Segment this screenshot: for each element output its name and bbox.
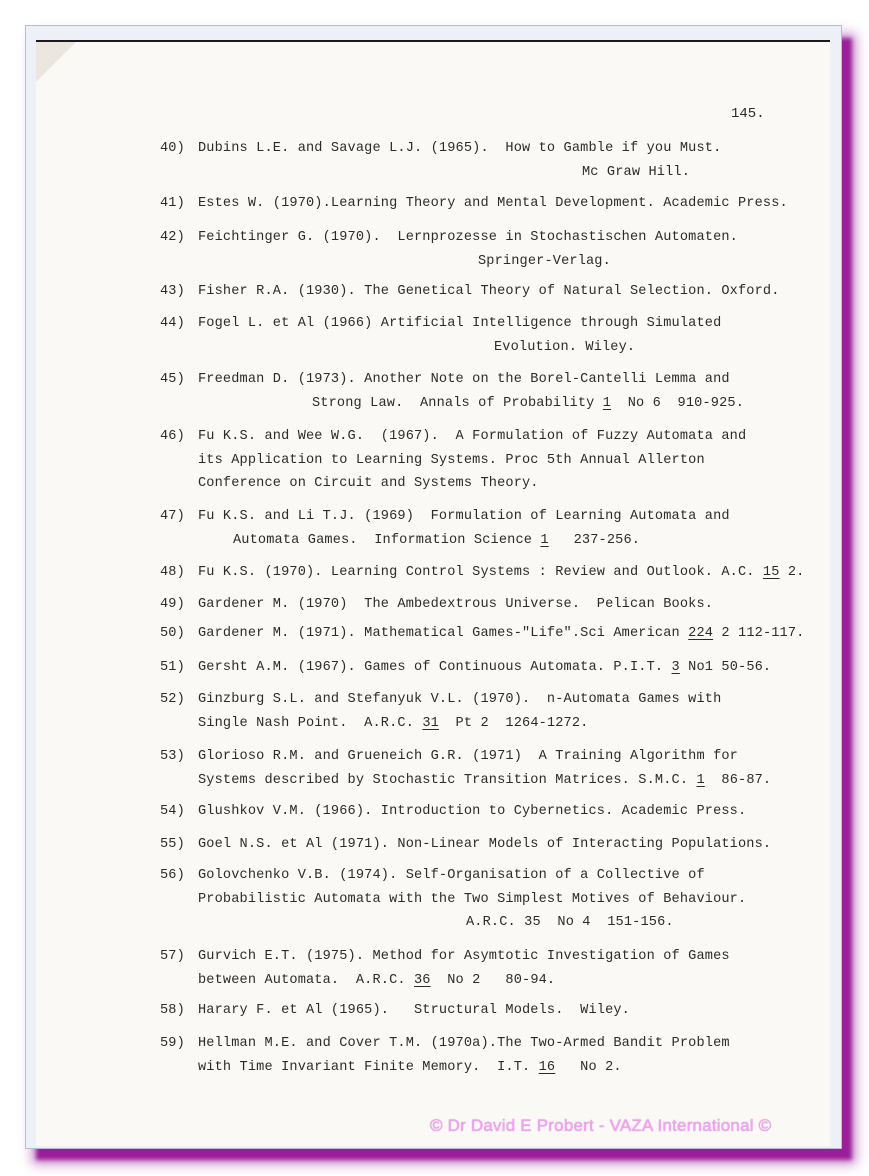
reference-continuation-line: with Time Invariant Finite Memory. I.T. … [160, 1056, 730, 1080]
reference-entry: 49)Gardener M. (1970) The Ambedextrous U… [160, 593, 713, 617]
reference-text: Harary F. et Al (1965). Structural Model… [198, 1003, 630, 1018]
reference-text: Automata Games. Information Science [233, 533, 540, 548]
reference-continuation-line: A.R.C. 35 No 4 151-156. [160, 911, 746, 935]
page-number: 145. [731, 106, 765, 122]
reference-text: Golovchenko V.B. (1974). Self-Organisati… [198, 868, 705, 883]
reference-text: Probabilistic Automata with the Two Simp… [198, 892, 746, 907]
reference-continuation-line: Evolution. Wiley. [160, 336, 721, 360]
reference-text: Strong Law. Annals of Probability [312, 396, 603, 411]
reference-text: 2. [780, 565, 805, 580]
reference-continuation-line: Probabilistic Automata with the Two Simp… [160, 888, 746, 912]
reference-first-line: 50)Gardener M. (1971). Mathematical Game… [160, 622, 804, 646]
reference-entry: 59)Hellman M.E. and Cover T.M. (1970a).T… [160, 1032, 730, 1079]
reference-first-line: 48)Fu K.S. (1970). Learning Control Syst… [160, 561, 804, 585]
reference-number: 50) [160, 622, 198, 646]
reference-text: Gersht A.M. (1967). Games of Continuous … [198, 660, 672, 675]
reference-number: 42) [160, 226, 198, 250]
volume-number: 1 [540, 533, 548, 548]
reference-first-line: 44)Fogel L. et Al (1966) Artificial Inte… [160, 312, 721, 336]
volume-number: 3 [672, 660, 680, 675]
reference-entry: 52)Ginzburg S.L. and Stefanyuk V.L. (197… [160, 688, 721, 735]
folded-corner [36, 42, 76, 82]
reference-continuation-line: Automata Games. Information Science 1 23… [160, 529, 730, 553]
reference-first-line: 46)Fu K.S. and Wee W.G. (1967). A Formul… [160, 425, 746, 449]
reference-text: Fu K.S. and Li T.J. (1969) Formulation o… [198, 509, 730, 524]
reference-entry: 58)Harary F. et Al (1965). Structural Mo… [160, 999, 630, 1023]
reference-text: Systems described by Stochastic Transiti… [198, 773, 696, 788]
reference-text: 237-256. [549, 533, 640, 548]
reference-text: Mc Graw Hill. [582, 165, 690, 180]
reference-text: No1 50-56. [680, 660, 771, 675]
volume-number: 1 [696, 773, 704, 788]
volume-number: 15 [763, 565, 780, 580]
reference-number: 49) [160, 593, 198, 617]
reference-text: Fu K.S. (1970). Learning Control Systems… [198, 565, 763, 580]
reference-number: 57) [160, 945, 198, 969]
reference-text: No 2. [555, 1060, 621, 1075]
reference-entry: 56)Golovchenko V.B. (1974). Self-Organis… [160, 864, 746, 935]
reference-number: 41) [160, 192, 198, 216]
reference-first-line: 40)Dubins L.E. and Savage L.J. (1965). H… [160, 137, 721, 161]
reference-continuation-line: Springer-Verlag. [160, 250, 738, 274]
reference-text: Glushkov V.M. (1966). Introduction to Cy… [198, 804, 746, 819]
reference-number: 55) [160, 833, 198, 857]
reference-number: 52) [160, 688, 198, 712]
reference-first-line: 42)Feichtinger G. (1970). Lernprozesse i… [160, 226, 738, 250]
reference-first-line: 51)Gersht A.M. (1967). Games of Continuo… [160, 656, 771, 680]
reference-continuation-line: between Automata. A.R.C. 36 No 2 80-94. [160, 969, 730, 993]
reference-number: 59) [160, 1032, 198, 1056]
reference-number: 58) [160, 999, 198, 1023]
reference-entry: 43)Fisher R.A. (1930). The Genetical The… [160, 280, 780, 304]
reference-entry: 47)Fu K.S. and Li T.J. (1969) Formulatio… [160, 505, 730, 552]
reference-entry: 57)Gurvich E.T. (1975). Method for Asymt… [160, 945, 730, 992]
reference-number: 54) [160, 800, 198, 824]
reference-text: A.R.C. 35 No 4 151-156. [466, 915, 674, 930]
reference-text: 2 112-117. [713, 626, 804, 641]
reference-entry: 44)Fogel L. et Al (1966) Artificial Inte… [160, 312, 721, 359]
reference-number: 47) [160, 505, 198, 529]
volume-number: 224 [688, 626, 713, 641]
reference-text: Gardener M. (1971). Mathematical Games-"… [198, 626, 688, 641]
volume-number: 16 [539, 1060, 556, 1075]
reference-entry: 55)Goel N.S. et Al (1971). Non-Linear Mo… [160, 833, 771, 857]
reference-first-line: 58)Harary F. et Al (1965). Structural Mo… [160, 999, 630, 1023]
reference-text: Conference on Circuit and Systems Theory… [198, 476, 539, 491]
reference-entry: 53)Glorioso R.M. and Grueneich G.R. (197… [160, 745, 771, 792]
reference-entry: 45)Freedman D. (1973). Another Note on t… [160, 368, 744, 415]
reference-number: 40) [160, 137, 198, 161]
page-top-edge [36, 40, 830, 42]
reference-number: 48) [160, 561, 198, 585]
reference-text: Evolution. Wiley. [494, 340, 635, 355]
reference-text: Glorioso R.M. and Grueneich G.R. (1971) … [198, 749, 738, 764]
reference-text: Freedman D. (1973). Another Note on the … [198, 372, 730, 387]
reference-first-line: 45)Freedman D. (1973). Another Note on t… [160, 368, 744, 392]
volume-number: 31 [422, 716, 439, 731]
reference-text: Estes W. (1970).Learning Theory and Ment… [198, 196, 788, 211]
reference-number: 46) [160, 425, 198, 449]
reference-entry: 40)Dubins L.E. and Savage L.J. (1965). H… [160, 137, 721, 184]
reference-entry: 51)Gersht A.M. (1967). Games of Continuo… [160, 656, 771, 680]
reference-entry: 42)Feichtinger G. (1970). Lernprozesse i… [160, 226, 738, 273]
reference-text: Gurvich E.T. (1975). Method for Asymtoti… [198, 949, 730, 964]
reference-number: 51) [160, 656, 198, 680]
reference-continuation-line: Single Nash Point. A.R.C. 31 Pt 2 1264-1… [160, 712, 721, 736]
reference-text: Single Nash Point. A.R.C. [198, 716, 422, 731]
reference-entry: 46)Fu K.S. and Wee W.G. (1967). A Formul… [160, 425, 746, 496]
reference-first-line: 54)Glushkov V.M. (1966). Introduction to… [160, 800, 746, 824]
reference-first-line: 53)Glorioso R.M. and Grueneich G.R. (197… [160, 745, 771, 769]
reference-text: Dubins L.E. and Savage L.J. (1965). How … [198, 141, 721, 156]
reference-text: 86-87. [705, 773, 771, 788]
reference-continuation-line: Conference on Circuit and Systems Theory… [160, 472, 746, 496]
reference-number: 45) [160, 368, 198, 392]
reference-continuation-line: Systems described by Stochastic Transiti… [160, 769, 771, 793]
reference-continuation-line: Strong Law. Annals of Probability 1 No 6… [160, 392, 744, 416]
reference-number: 43) [160, 280, 198, 304]
reference-first-line: 55)Goel N.S. et Al (1971). Non-Linear Mo… [160, 833, 771, 857]
reference-continuation-line: its Application to Learning Systems. Pro… [160, 449, 746, 473]
reference-first-line: 52)Ginzburg S.L. and Stefanyuk V.L. (197… [160, 688, 721, 712]
reference-text: Hellman M.E. and Cover T.M. (1970a).The … [198, 1036, 730, 1051]
reference-text: Gardener M. (1970) The Ambedextrous Univ… [198, 597, 713, 612]
reference-text: Springer-Verlag. [478, 254, 611, 269]
volume-number: 1 [603, 396, 611, 411]
reference-number: 53) [160, 745, 198, 769]
reference-text: its Application to Learning Systems. Pro… [198, 453, 705, 468]
reference-first-line: 57)Gurvich E.T. (1975). Method for Asymt… [160, 945, 730, 969]
copyright-watermark: © Dr David E Probert - VAZA Internationa… [430, 1116, 771, 1136]
reference-text: Pt 2 1264-1272. [439, 716, 589, 731]
reference-text: No 2 80-94. [431, 973, 556, 988]
reference-first-line: 47)Fu K.S. and Li T.J. (1969) Formulatio… [160, 505, 730, 529]
reference-entry: 48)Fu K.S. (1970). Learning Control Syst… [160, 561, 804, 585]
reference-first-line: 49)Gardener M. (1970) The Ambedextrous U… [160, 593, 713, 617]
reference-entry: 54)Glushkov V.M. (1966). Introduction to… [160, 800, 746, 824]
reference-first-line: 41)Estes W. (1970).Learning Theory and M… [160, 192, 788, 216]
reference-text: Fu K.S. and Wee W.G. (1967). A Formulati… [198, 429, 746, 444]
reference-first-line: 56)Golovchenko V.B. (1974). Self-Organis… [160, 864, 746, 888]
reference-first-line: 59)Hellman M.E. and Cover T.M. (1970a).T… [160, 1032, 730, 1056]
reference-text: Goel N.S. et Al (1971). Non-Linear Model… [198, 837, 771, 852]
reference-text: with Time Invariant Finite Memory. I.T. [198, 1060, 539, 1075]
reference-entry: 50)Gardener M. (1971). Mathematical Game… [160, 622, 804, 646]
volume-number: 36 [414, 973, 431, 988]
reference-text: No 6 910-925. [611, 396, 744, 411]
reference-text: Feichtinger G. (1970). Lernprozesse in S… [198, 230, 738, 245]
reference-first-line: 43)Fisher R.A. (1930). The Genetical The… [160, 280, 780, 304]
reference-continuation-line: Mc Graw Hill. [160, 161, 721, 185]
reference-number: 44) [160, 312, 198, 336]
reference-text: between Automata. A.R.C. [198, 973, 414, 988]
reference-text: Fogel L. et Al (1966) Artificial Intelli… [198, 316, 721, 331]
reference-entry: 41)Estes W. (1970).Learning Theory and M… [160, 192, 788, 216]
reference-text: Ginzburg S.L. and Stefanyuk V.L. (1970).… [198, 692, 721, 707]
reference-text: Fisher R.A. (1930). The Genetical Theory… [198, 284, 780, 299]
reference-number: 56) [160, 864, 198, 888]
